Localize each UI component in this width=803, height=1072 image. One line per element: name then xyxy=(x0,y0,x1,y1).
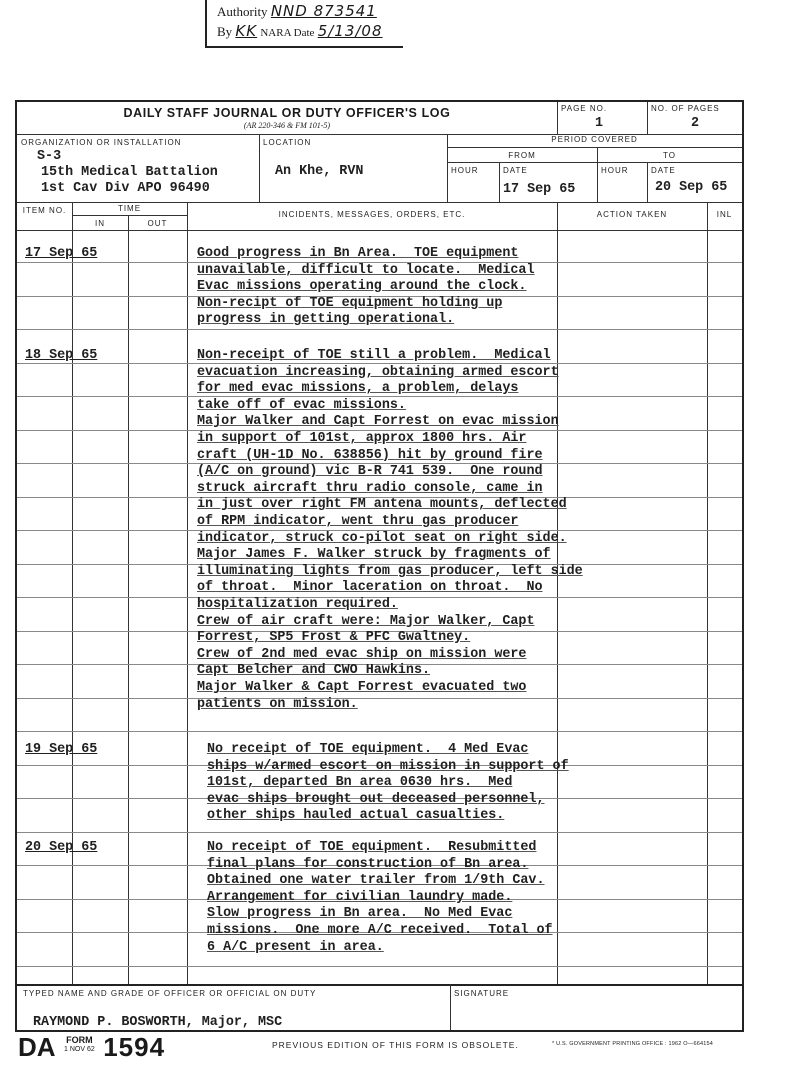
entry-line: No receipt of TOE equipment. 4 Med Evac xyxy=(207,742,528,757)
entry-line: 6 A/C present in area. xyxy=(207,940,384,955)
entry-line: final plans for construction of Bn area. xyxy=(207,857,528,872)
obsolete-notice: PREVIOUS EDITION OF THIS FORM IS OBSOLET… xyxy=(272,1040,519,1050)
entry-line: Major James F. Walker struck by fragment… xyxy=(197,547,551,562)
location-value: An Khe, RVN xyxy=(275,164,363,179)
entry-line: Obtained one water trailer from 1/9th Ca… xyxy=(207,873,545,888)
to-label: TO xyxy=(597,151,742,160)
authority-label: Authority xyxy=(217,4,268,19)
signature-field xyxy=(457,1002,737,1026)
entry-line: of RPM indicator, went thru gas producer xyxy=(197,514,518,529)
organization-line-1: S-3 xyxy=(37,149,61,164)
entry-line: Good progress in Bn Area. TOE equipment xyxy=(197,246,518,261)
entry-line: patients on mission. xyxy=(197,697,358,712)
no-of-pages-value: 2 xyxy=(691,116,699,131)
entry-line: Slow progress in Bn area. No Med Evac xyxy=(207,906,512,921)
entry-line: progress in getting operational. xyxy=(197,312,454,327)
no-of-pages-label: NO. OF PAGES xyxy=(651,104,720,113)
to-date-label: DATE xyxy=(651,166,676,175)
from-hour-label: HOUR xyxy=(451,166,479,175)
time-out-header: OUT xyxy=(128,219,187,228)
entry-line: Major Walker and Capt Forrest on evac mi… xyxy=(197,414,559,429)
action-taken-header: ACTION TAKEN xyxy=(557,210,707,219)
page-no-value: 1 xyxy=(595,116,603,131)
row-rule xyxy=(17,731,742,732)
row-rule xyxy=(17,966,742,967)
printing-office-notice: * U.S. GOVERNMENT PRINTING OFFICE : 1962… xyxy=(552,1041,713,1047)
typed-name-value: RAYMOND P. BOSWORTH, Major, MSC xyxy=(33,1015,282,1030)
entry-date: 19 Sep 65 xyxy=(25,742,97,757)
entry-line: Arrangement for civilian laundry made. xyxy=(207,890,512,905)
entry-line: struck aircraft thru radio console, came… xyxy=(197,481,543,496)
location-label: LOCATION xyxy=(263,138,311,147)
duty-officer-log-form: DAILY STAFF JOURNAL OR DUTY OFFICER'S LO… xyxy=(15,100,744,1032)
entry-line: other ships hauled actual casualties. xyxy=(207,808,504,823)
entry-line: evacuation increasing, obtaining armed e… xyxy=(197,365,559,380)
to-hour-label: HOUR xyxy=(601,166,629,175)
form-word: FORM xyxy=(64,1036,95,1045)
entry-line: evac ships brought out deceased personne… xyxy=(207,792,545,807)
time-header: TIME xyxy=(72,204,187,213)
row-rule xyxy=(17,832,742,833)
signature-label: SIGNATURE xyxy=(454,989,509,998)
entry-line: illuminating lights from gas producer, l… xyxy=(197,564,583,579)
by-label: By xyxy=(217,24,232,39)
entry-line: unavailable, difficult to locate. Medica… xyxy=(197,263,535,278)
entry-line: indicator, struck co-pilot seat on right… xyxy=(197,531,567,546)
entry-date: 18 Sep 65 xyxy=(25,348,97,363)
entry-line: hospitalization required. xyxy=(197,597,398,612)
da-label: DA xyxy=(18,1032,56,1062)
entry-line: craft (UH-1D No. 638856) hit by ground f… xyxy=(197,448,543,463)
entry-line: take off of evac missions. xyxy=(197,398,406,413)
form-date: 1 NOV 62 xyxy=(64,1045,95,1054)
period-covered-label: PERIOD COVERED xyxy=(447,135,742,144)
entry-line: Crew of 2nd med evac ship on mission wer… xyxy=(197,647,526,662)
entry-date: 17 Sep 65 xyxy=(25,246,97,261)
inl-header: INL xyxy=(707,210,742,219)
from-date-label: DATE xyxy=(503,166,528,175)
organization-line-2: 15th Medical Battalion xyxy=(41,165,218,180)
page-no-label: PAGE NO. xyxy=(561,104,607,113)
entry-line: Crew of air craft were: Major Walker, Ca… xyxy=(197,614,535,629)
authority-value: NND 873541 xyxy=(271,2,377,20)
entry-line: 101st, departed Bn area 0630 hrs. Med xyxy=(207,775,512,790)
entry-line: (A/C on ground) vic B-R 741 539. One rou… xyxy=(197,464,543,479)
nara-date-label: NARA Date xyxy=(260,27,314,39)
entry-line: Forrest, SP5 Frost & PFC Gwaltney. xyxy=(197,630,470,645)
row-rule xyxy=(17,329,742,330)
entry-line: Capt Belcher and CWO Hawkins. xyxy=(197,663,430,678)
entry-line: Evac missions operating around the clock… xyxy=(197,279,526,294)
entry-line: Major Walker & Capt Forrest evacuated tw… xyxy=(197,680,526,695)
form-title: DAILY STAFF JOURNAL OR DUTY OFFICER'S LO… xyxy=(17,106,557,120)
nara-date-value: 5/13/08 xyxy=(318,22,383,40)
from-date-value: 17 Sep 65 xyxy=(503,182,575,197)
form-number: 1594 xyxy=(103,1032,165,1062)
declassification-stamp: Authority NND 873541 By KK NARA Date 5/1… xyxy=(205,0,403,48)
entry-line: No receipt of TOE equipment. Resubmitted xyxy=(207,840,536,855)
organization-line-3: 1st Cav Div APO 96490 xyxy=(41,181,210,196)
item-no-header: ITEM NO. xyxy=(17,206,72,216)
time-in-header: IN xyxy=(72,219,128,228)
entry-line: Non-receipt of TOE still a problem. Medi… xyxy=(197,348,551,363)
entry-date: 20 Sep 65 xyxy=(25,840,97,855)
by-line: By KK NARA Date 5/13/08 xyxy=(217,22,383,40)
row-rule xyxy=(17,698,742,699)
organization-label: ORGANIZATION OR INSTALLATION xyxy=(21,138,181,147)
entry-line: of throat. Minor laceration on throat. N… xyxy=(197,580,543,595)
to-date-value: 20 Sep 65 xyxy=(655,180,727,195)
entry-line: for med evac missions, a problem, delays xyxy=(197,381,518,396)
typed-name-label: TYPED NAME AND GRADE OF OFFICER OR OFFIC… xyxy=(23,989,316,998)
entry-line: in support of 101st, approx 1800 hrs. Ai… xyxy=(197,431,526,446)
from-label: FROM xyxy=(447,151,597,160)
authority-line: Authority NND 873541 xyxy=(217,2,377,20)
entry-line: missions. One more A/C received. Total o… xyxy=(207,923,553,938)
entry-line: ships w/armed escort on mission in suppo… xyxy=(207,759,569,774)
incidents-header: INCIDENTS, MESSAGES, ORDERS, ETC. xyxy=(187,210,557,219)
entry-line: in just over right FM antena mounts, def… xyxy=(197,497,567,512)
form-number-block: DA FORM 1 NOV 62 1594 xyxy=(18,1032,165,1063)
form-subtitle: (AR 220-346 & FM 101-5) xyxy=(17,121,557,130)
entry-line: Non-recipt of TOE equipment holding up xyxy=(197,296,502,311)
by-value: KK xyxy=(235,22,257,40)
